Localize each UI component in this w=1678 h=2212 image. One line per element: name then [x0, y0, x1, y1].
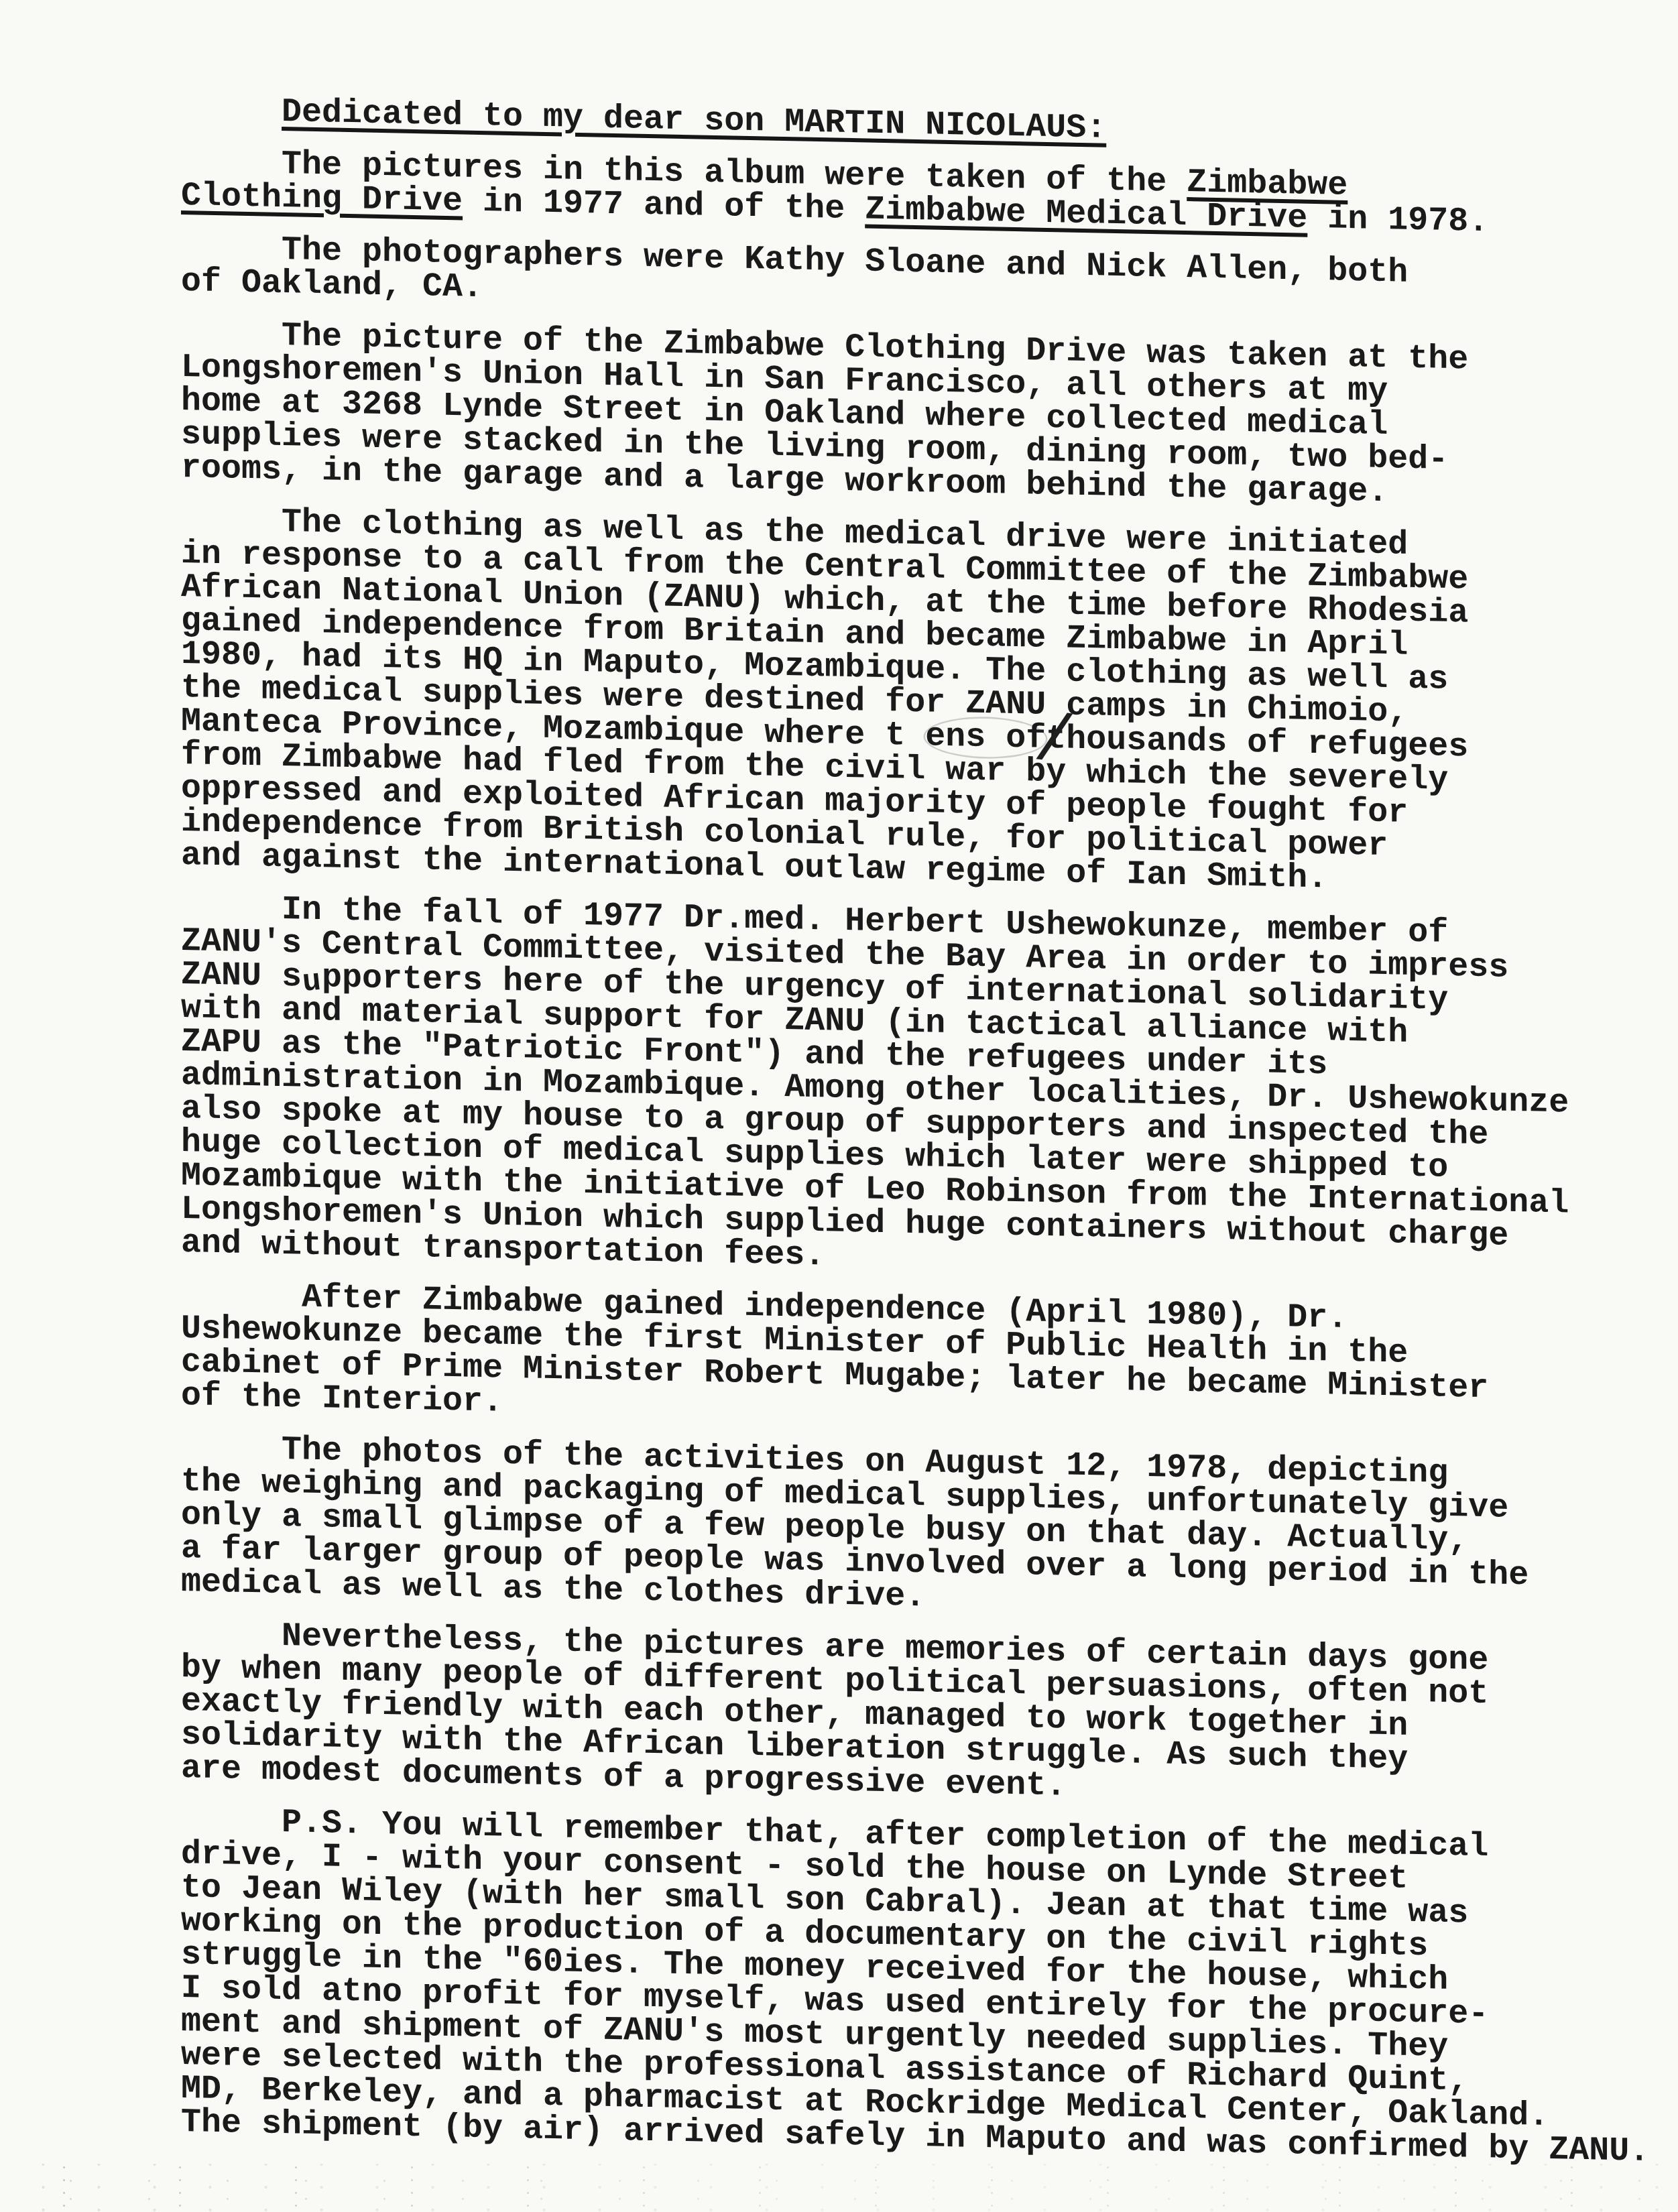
paragraph: The photographers were Kathy Sloane and … — [181, 232, 1649, 328]
text-segment: in 1978. — [1307, 200, 1488, 241]
text-segment: of the Interior. — [181, 1377, 503, 1422]
scanned-document-page: Dedicated to my dear son MARTIN NICOLAUS… — [0, 0, 1678, 2212]
scan-noise-speckles — [0, 2164, 1678, 2212]
paragraph: P.S. You will remember that, after compl… — [181, 1804, 1649, 2169]
paragraph: The picture of the Zimbabwe Clothing Dri… — [181, 318, 1649, 515]
paragraph: After Zimbabwe gained independence (Apri… — [181, 1279, 1649, 1442]
text-segment: in 1977 and of the — [463, 182, 865, 229]
paragraph: The photos of the activities on August 1… — [181, 1432, 1649, 1629]
underlined-text: Zimbabwe Medical Drive — [865, 190, 1307, 237]
correction-slash-glyph: / — [1031, 708, 1077, 779]
text-segment — [181, 91, 282, 131]
text-segment: of Oakland, CA. — [181, 263, 483, 307]
handwritten-insert: u — [301, 967, 322, 999]
paragraph: Nevertheless, the pictures are memories … — [181, 1618, 1649, 1815]
underlined-text: Dedicated to my dear son MARTIN NICOLAUS… — [282, 93, 1106, 148]
underlined-text: Clothing Drive — [181, 177, 463, 221]
paragraph: In the fall of 1977 Dr.med. Herbert Ushe… — [181, 892, 1649, 1290]
paragraph: The pictures in this album were taken of… — [181, 146, 1649, 243]
paragraph: The clothing as well as the medical driv… — [181, 504, 1649, 902]
document-text: Dedicated to my dear son MARTIN NICOLAUS… — [181, 94, 1649, 2169]
